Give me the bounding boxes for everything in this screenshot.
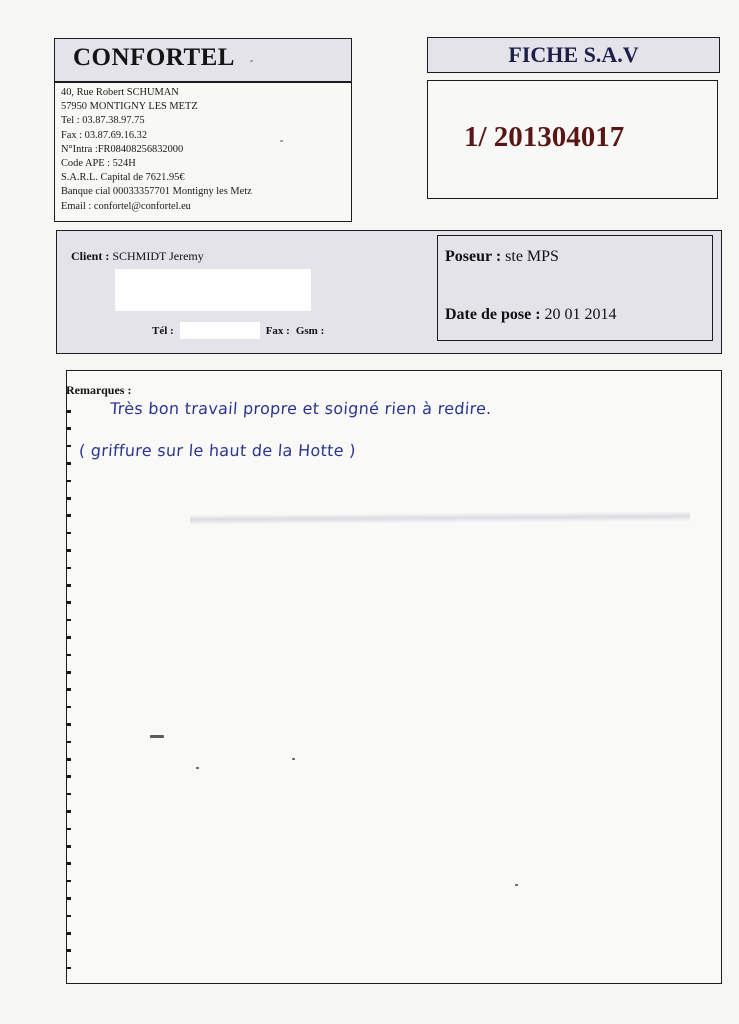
scan-speck	[292, 758, 295, 760]
pose-date-line: Date de pose : 20 01 2014	[445, 306, 617, 324]
remark-handwritten-line-2: ( griffure sur le haut de la Hotte )	[78, 441, 356, 460]
fiche-number: 1/ 201304017	[464, 121, 624, 154]
line-marker-dash	[67, 671, 71, 674]
poseur-label: Poseur :	[445, 248, 501, 265]
pose-date-value: 20 01 2014	[545, 306, 617, 323]
line-marker-dash	[67, 480, 71, 483]
line-marker-dash	[67, 584, 71, 587]
line-marker-dash	[67, 445, 71, 448]
fax-label: Fax :	[266, 325, 290, 337]
client-label: Client :	[71, 249, 109, 263]
company-info: 40, Rue Robert SCHUMAN 57950 MONTIGNY LE…	[61, 86, 252, 214]
line-marker-dash	[67, 497, 71, 500]
remarks-label: Remarques :	[66, 383, 131, 398]
line-marker-dash	[67, 828, 71, 831]
company-address-city: 57950 MONTIGNY LES METZ	[61, 100, 252, 114]
scan-speck	[515, 884, 518, 886]
line-marker-dash	[67, 619, 71, 622]
client-name: SCHMIDT Jeremy	[112, 249, 203, 263]
line-marker-dash	[67, 462, 71, 465]
company-ape-code: Code APE : 524H	[61, 157, 252, 171]
company-bank: Banque cial 00033357701 Montigny les Met…	[61, 185, 252, 199]
client-address-redacted	[115, 269, 311, 311]
line-marker-dash	[67, 758, 71, 761]
scan-speck	[150, 735, 164, 738]
fiche-number-box: 1/ 201304017	[427, 80, 718, 199]
line-marker-dash	[67, 793, 71, 796]
company-vat-number: N°Intra :FR08408256832000	[61, 143, 252, 157]
line-marker-dash	[67, 601, 71, 604]
line-marker-dash	[67, 532, 71, 535]
line-marker-dash	[67, 967, 71, 970]
company-fax: Fax : 03.87.69.16.32	[61, 129, 252, 143]
line-marker-dash	[67, 654, 71, 657]
line-marker-dash	[67, 845, 71, 848]
line-marker-dash	[67, 410, 71, 413]
line-marker-dash	[67, 897, 71, 900]
scan-speck	[250, 60, 253, 62]
fiche-title: FICHE S.A.V	[428, 42, 719, 68]
line-marker-dash	[67, 775, 71, 778]
line-marker-dash	[67, 427, 71, 430]
line-marker-dash	[67, 741, 71, 744]
line-marker-dash	[67, 549, 71, 552]
contact-line: Tél : Fax : Gsm :	[152, 322, 324, 339]
line-marker-dash	[67, 915, 71, 918]
line-marker-dash	[67, 880, 71, 883]
line-marker-dash	[67, 932, 71, 935]
line-marker-dash	[67, 514, 71, 517]
company-info-box: 40, Rue Robert SCHUMAN 57950 MONTIGNY LE…	[54, 82, 352, 222]
line-marker-dash	[67, 810, 71, 813]
remarks-section: Remarques : Très bon travail propre et s…	[66, 370, 722, 984]
client-line: Client : SCHMIDT Jeremy	[71, 249, 204, 264]
line-marker-dash	[67, 636, 71, 639]
remark-handwritten-line-1: Très bon travail propre et soigné rien à…	[109, 399, 492, 418]
tel-label: Tél :	[152, 325, 174, 337]
company-email: Email : confortel@confortel.eu	[61, 200, 252, 214]
fiche-title-box: FICHE S.A.V	[427, 37, 720, 73]
line-marker-dash	[67, 723, 71, 726]
installation-box: Poseur : ste MPS Date de pose : 20 01 20…	[437, 235, 713, 341]
line-marker-dash	[67, 862, 71, 865]
poseur-value: ste MPS	[505, 248, 559, 265]
company-address-street: 40, Rue Robert SCHUMAN	[61, 86, 252, 100]
tel-value-redacted	[180, 322, 260, 339]
company-capital: S.A.R.L. Capital de 7621.95€	[61, 171, 252, 185]
line-marker-dash	[67, 706, 71, 709]
line-marker-dash	[67, 567, 71, 570]
line-marker-dash	[67, 949, 71, 952]
gsm-label: Gsm :	[296, 325, 324, 337]
pose-date-label: Date de pose :	[445, 306, 541, 323]
company-name: CONFORTEL	[73, 44, 235, 72]
company-tel: Tel : 03.87.38.97.75	[61, 114, 252, 128]
company-name-box: CONFORTEL	[54, 38, 352, 82]
line-marker-dash	[67, 688, 71, 691]
poseur-line: Poseur : ste MPS	[445, 248, 559, 266]
scan-speck	[196, 767, 199, 769]
scan-speck	[280, 140, 283, 142]
